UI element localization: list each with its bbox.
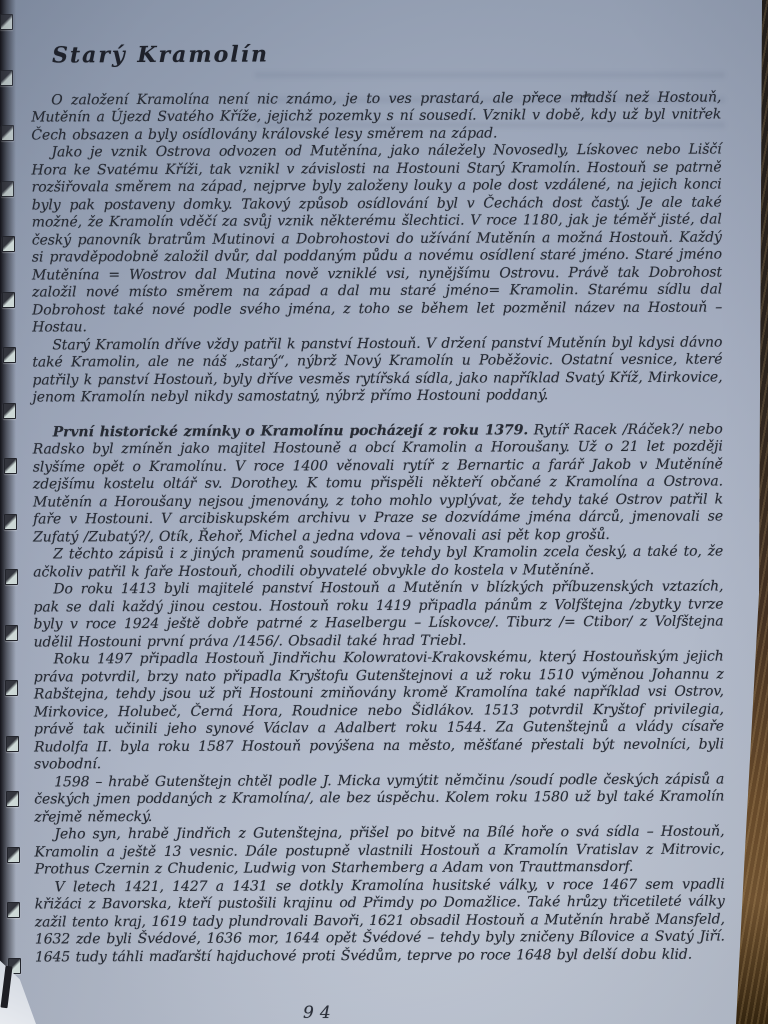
paragraph-text: Z těchto zápisů i z jiných pramenů soudí… [33, 543, 723, 580]
binding-hole [0, 14, 13, 30]
paragraph-lead-bold: První historické zmínky o Kramolínu poch… [53, 422, 529, 440]
paragraph-text: V letech 1421, 1427 a 1431 se dotkly Kra… [35, 876, 725, 965]
paragraph-3: Starý Kramolín dříve vždy patřil k panst… [32, 334, 722, 407]
paragraph-9: Jeho syn, hrabě Jindřich z Gutenštejna, … [34, 823, 724, 879]
binding-hole [6, 736, 19, 752]
paragraph-text: Jeho syn, hrabě Jindřich z Gutenštejna, … [34, 823, 724, 877]
binding-hole [5, 625, 18, 641]
paragraph-text: O založení Kramolína není nic známo, je … [31, 89, 721, 143]
binding-hole [2, 292, 15, 308]
binding-hole [4, 514, 17, 530]
paragraph-5: Z těchto zápisů i z jiných pramenů soudí… [33, 543, 723, 581]
paragraph-text: Starý Kramolín dříve vždy patřil k panst… [32, 334, 722, 406]
left-binding [0, 0, 16, 1024]
page-title: Starý Kramolín [52, 44, 721, 64]
binding-hole [1, 125, 14, 141]
binding-hole [4, 458, 17, 474]
binding-hole [5, 680, 18, 696]
paragraph-text: Do roku 1413 byli majitelé panství Hosto… [33, 578, 723, 650]
binding-hole [7, 902, 20, 918]
paragraph-7: Roku 1497 připadla Hostouň Jindřichu Kol… [34, 648, 725, 774]
page-number: 94 [303, 1003, 337, 1023]
paragraph-text: Roku 1497 připadla Hostouň Jindřichu Kol… [34, 648, 724, 772]
binding-hole [2, 236, 15, 252]
paragraph-text: Jako je vznik Ostrova odvozen od Mutěnín… [31, 141, 722, 335]
binding-hole [1, 181, 14, 197]
paragraph-text: 1598 – hrabě Gutenštejn chtěl podle J. M… [34, 771, 724, 825]
paragraph-10: V letech 1421, 1427 a 1431 se dotkly Kra… [35, 876, 725, 967]
binding-hole [7, 847, 20, 863]
paragraph-1: O založení Kramolína není nic známo, je … [31, 89, 721, 145]
paragraph-2: Jako je vznik Ostrova odvozen od Mutěnín… [31, 141, 722, 337]
binding-hole [6, 791, 19, 807]
binding-hole [3, 403, 16, 419]
paragraph-4: První historické zmínky o Kramolínu poch… [33, 421, 724, 547]
binding-hole [0, 70, 13, 86]
paragraph-8: 1598 – hrabě Gutenštejn chtěl podle J. M… [34, 771, 724, 827]
binding-hole [3, 347, 16, 363]
binding-hole [5, 569, 18, 585]
paragraph-6: Do roku 1413 byli majitelé panství Hosto… [33, 578, 723, 651]
page-text-block: Starý Kramolín O založení Kramolína není… [31, 44, 725, 966]
